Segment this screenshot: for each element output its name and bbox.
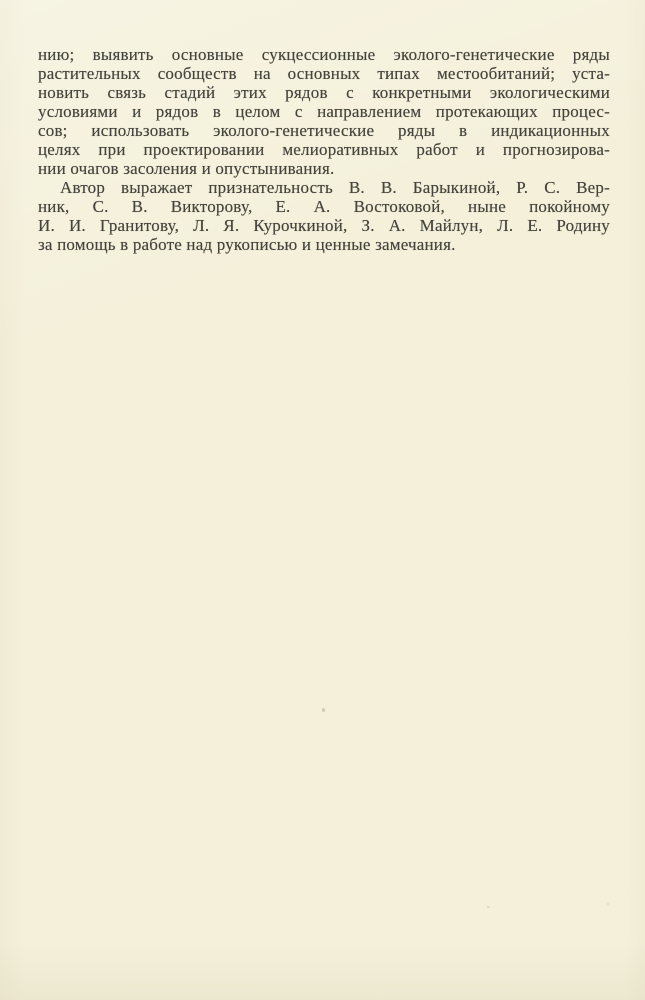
text-line: И. И. Гранитову, Л. Я. Курочкиной, З. А.… xyxy=(38,216,610,235)
text-line: новить связь стадий этих рядов с конкрет… xyxy=(38,83,610,102)
paper-speck xyxy=(487,906,490,908)
text-line: условиями и рядов в целом с направлением… xyxy=(38,102,610,121)
text-line: ник, С. В. Викторову, Е. А. Востоковой, … xyxy=(38,197,610,216)
paragraph-1: нию; выявить основные сукцессионные экол… xyxy=(38,45,610,178)
book-page: нию; выявить основные сукцессионные экол… xyxy=(0,0,645,1000)
page-text-block: нию; выявить основные сукцессионные экол… xyxy=(38,45,610,254)
text-line: целях при проектировании мелиоративных р… xyxy=(38,140,610,159)
paragraph-2: Автор выражает признательность В. В. Бар… xyxy=(38,178,610,254)
text-line: нию; выявить основные сукцессионные экол… xyxy=(38,45,610,64)
paper-speck xyxy=(322,708,325,712)
paper-speck xyxy=(607,903,609,905)
text-line: растительных сообществ на основных типах… xyxy=(38,64,610,83)
text-line: Автор выражает признательность В. В. Бар… xyxy=(38,178,610,197)
text-line: сов; использовать эколого-генетические р… xyxy=(38,121,610,140)
text-line: за помощь в работе над рукописью и ценны… xyxy=(38,235,610,254)
text-line: нии очагов засоления и опустынивания. xyxy=(38,159,610,178)
